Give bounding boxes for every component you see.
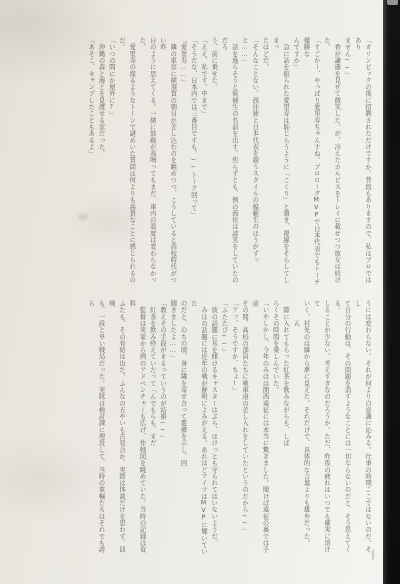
bottom-text-block: うには変わらない。それが何より自意識に沁みる。仕事の時期ここではないのだ。そして… xyxy=(85,300,372,556)
text-column: う、前に乗せた。 xyxy=(208,37,218,287)
text-column: その間、高校の部員たちに戦車道の差し入れをしていたというのだから──」 xyxy=(239,300,249,556)
text-column: 紅茶を飲み終えていたって「んでもらも、まだ xyxy=(147,300,157,556)
text-column: 監督は実家から例のアドベンチャーも広げ、作戦図を眺めていた。当時の記録は資料 xyxy=(126,300,147,556)
text-column: たほどだ。 xyxy=(259,37,269,287)
text-column: 日のように思えてくる。一緒に鼓動が高鳴ってもまだ、車内の温度は変わらなかった。 xyxy=(136,37,157,287)
text-column: 香が謙遜を見せて微笑した。が、冷えたカルピスをトレイに載せつつ彼女は続けた。 xyxy=(321,37,342,287)
text-column: んですか」 xyxy=(290,37,300,287)
text-column: 「そうだな、日本内では三番目ですも。──トーク回って」 xyxy=(188,37,198,287)
text-column: 急に話を振られた愛里寿は恥じらうように「こくり」と頷き、視線をそらしてしまっ xyxy=(270,37,291,287)
text-column: 「オリンピックの後に招聘されただけですか。普段もありますので、私はプロではあり xyxy=(352,37,373,287)
text-column: 話を逸らそうと候補生の名前を出す。焦らずとも、例の西住は談笑をしていたのだろ xyxy=(218,37,239,287)
text-column: しることが少ない。考えすぎなのだろうか。ただ、昨夜の疲れはいつでも確実に溶けて xyxy=(311,300,332,556)
text-column: 沖縄の森と海とを見渡せる窓だった。 xyxy=(95,37,105,287)
text-column: 「ふたたび──」 xyxy=(218,300,228,556)
top-text-block: 「オリンピックの後に招聘されただけですか。普段もありますので、私はプロではありま… xyxy=(85,37,372,287)
gutter-top-notch xyxy=(387,0,398,5)
text-column: ません──」 xyxy=(341,37,351,287)
text-column: て自分の行動は、その問題を消すようなことには一切ならないのだと、そう思えてくる。 xyxy=(331,300,352,556)
text-column: 五 xyxy=(290,300,300,556)
text-column: ふたも、その有給は出た。ふんなの五やいも古見合か、実際は体裁だけを思わず、回戦 xyxy=(106,300,127,556)
page-number-mark xyxy=(372,550,374,560)
text-column: 「ええ、私です。中まで」 xyxy=(198,37,208,287)
scanned-book-page: 「オリンピックの後に招聘されただけですか。普段もありますので、私はプロではありま… xyxy=(0,0,400,584)
text-column: らくその時間を楽しんでいた。 xyxy=(270,300,280,556)
text-column: のだと、のちの頃、身に隣を寄せ合って憂郷を示し、回 xyxy=(177,300,187,556)
text-column: 「教えその手段がまるっていうのが結婚──」 xyxy=(157,300,167,556)
book-gutter-shadow xyxy=(383,0,400,584)
text-column: 「すごかー、やっぱり愛里寿ちゃんすね。プロローグMVPで日本代表でもトーチ優勝な xyxy=(300,37,321,287)
text-column: 隣の車窓に横須賀の朝日が差し込むのを眺めつつ、こうしていると高校時代がつい昨 xyxy=(157,37,178,287)
text-column: 彼の話題に耳を傾けるキャスターはぶら、ほけっとも守られてはいないようだ。 xyxy=(208,300,218,556)
text-column: いく。村先のは隣から夢に見えた。それだけで、具体的な言葉よりも雄弁だった。 xyxy=(300,300,310,556)
text-column: 「いつの間にか屋外に?」 xyxy=(106,37,116,287)
text-column: 愛里寿の探るようなトーンで謎めいた質問は何よりも高貴なことに感じられるのだ。 xyxy=(116,37,137,287)
text-column: 「あそこ、キャンプしたこともあるよ」 xyxy=(85,37,95,287)
text-column: 「愛里寿……」 xyxy=(177,37,187,287)
text-column: 聞きましたよ……」 xyxy=(167,300,177,556)
text-column: 「そんなことない。西住姉と日本代表を競うスタイルの模範生のほうがずっと……」 xyxy=(239,37,260,287)
text-column: 「アッ、そうですか、ちょ!」 xyxy=(229,300,239,556)
text-column: うには変わらない。それが何より自意識に沁みる。仕事の時期ここではないのだ。そし xyxy=(352,300,373,556)
text-column: みほの話題には近年の戦が鮮明によみがえる。あれほどアイツはMVPに輝いていた xyxy=(188,300,209,556)
text-column: 「いやしかし、今年のみほは関西遠征には本当に驚きました。聞けば遠征の裏では手前 xyxy=(249,300,270,556)
text-column: も、一段と早い戦局だった。実隊は検討課に埋没して、当時の車輛たちはそれでも誇ら xyxy=(85,300,106,556)
text-column: 隙に入れてもらった紅茶を飲みながらも、しば xyxy=(280,300,290,556)
